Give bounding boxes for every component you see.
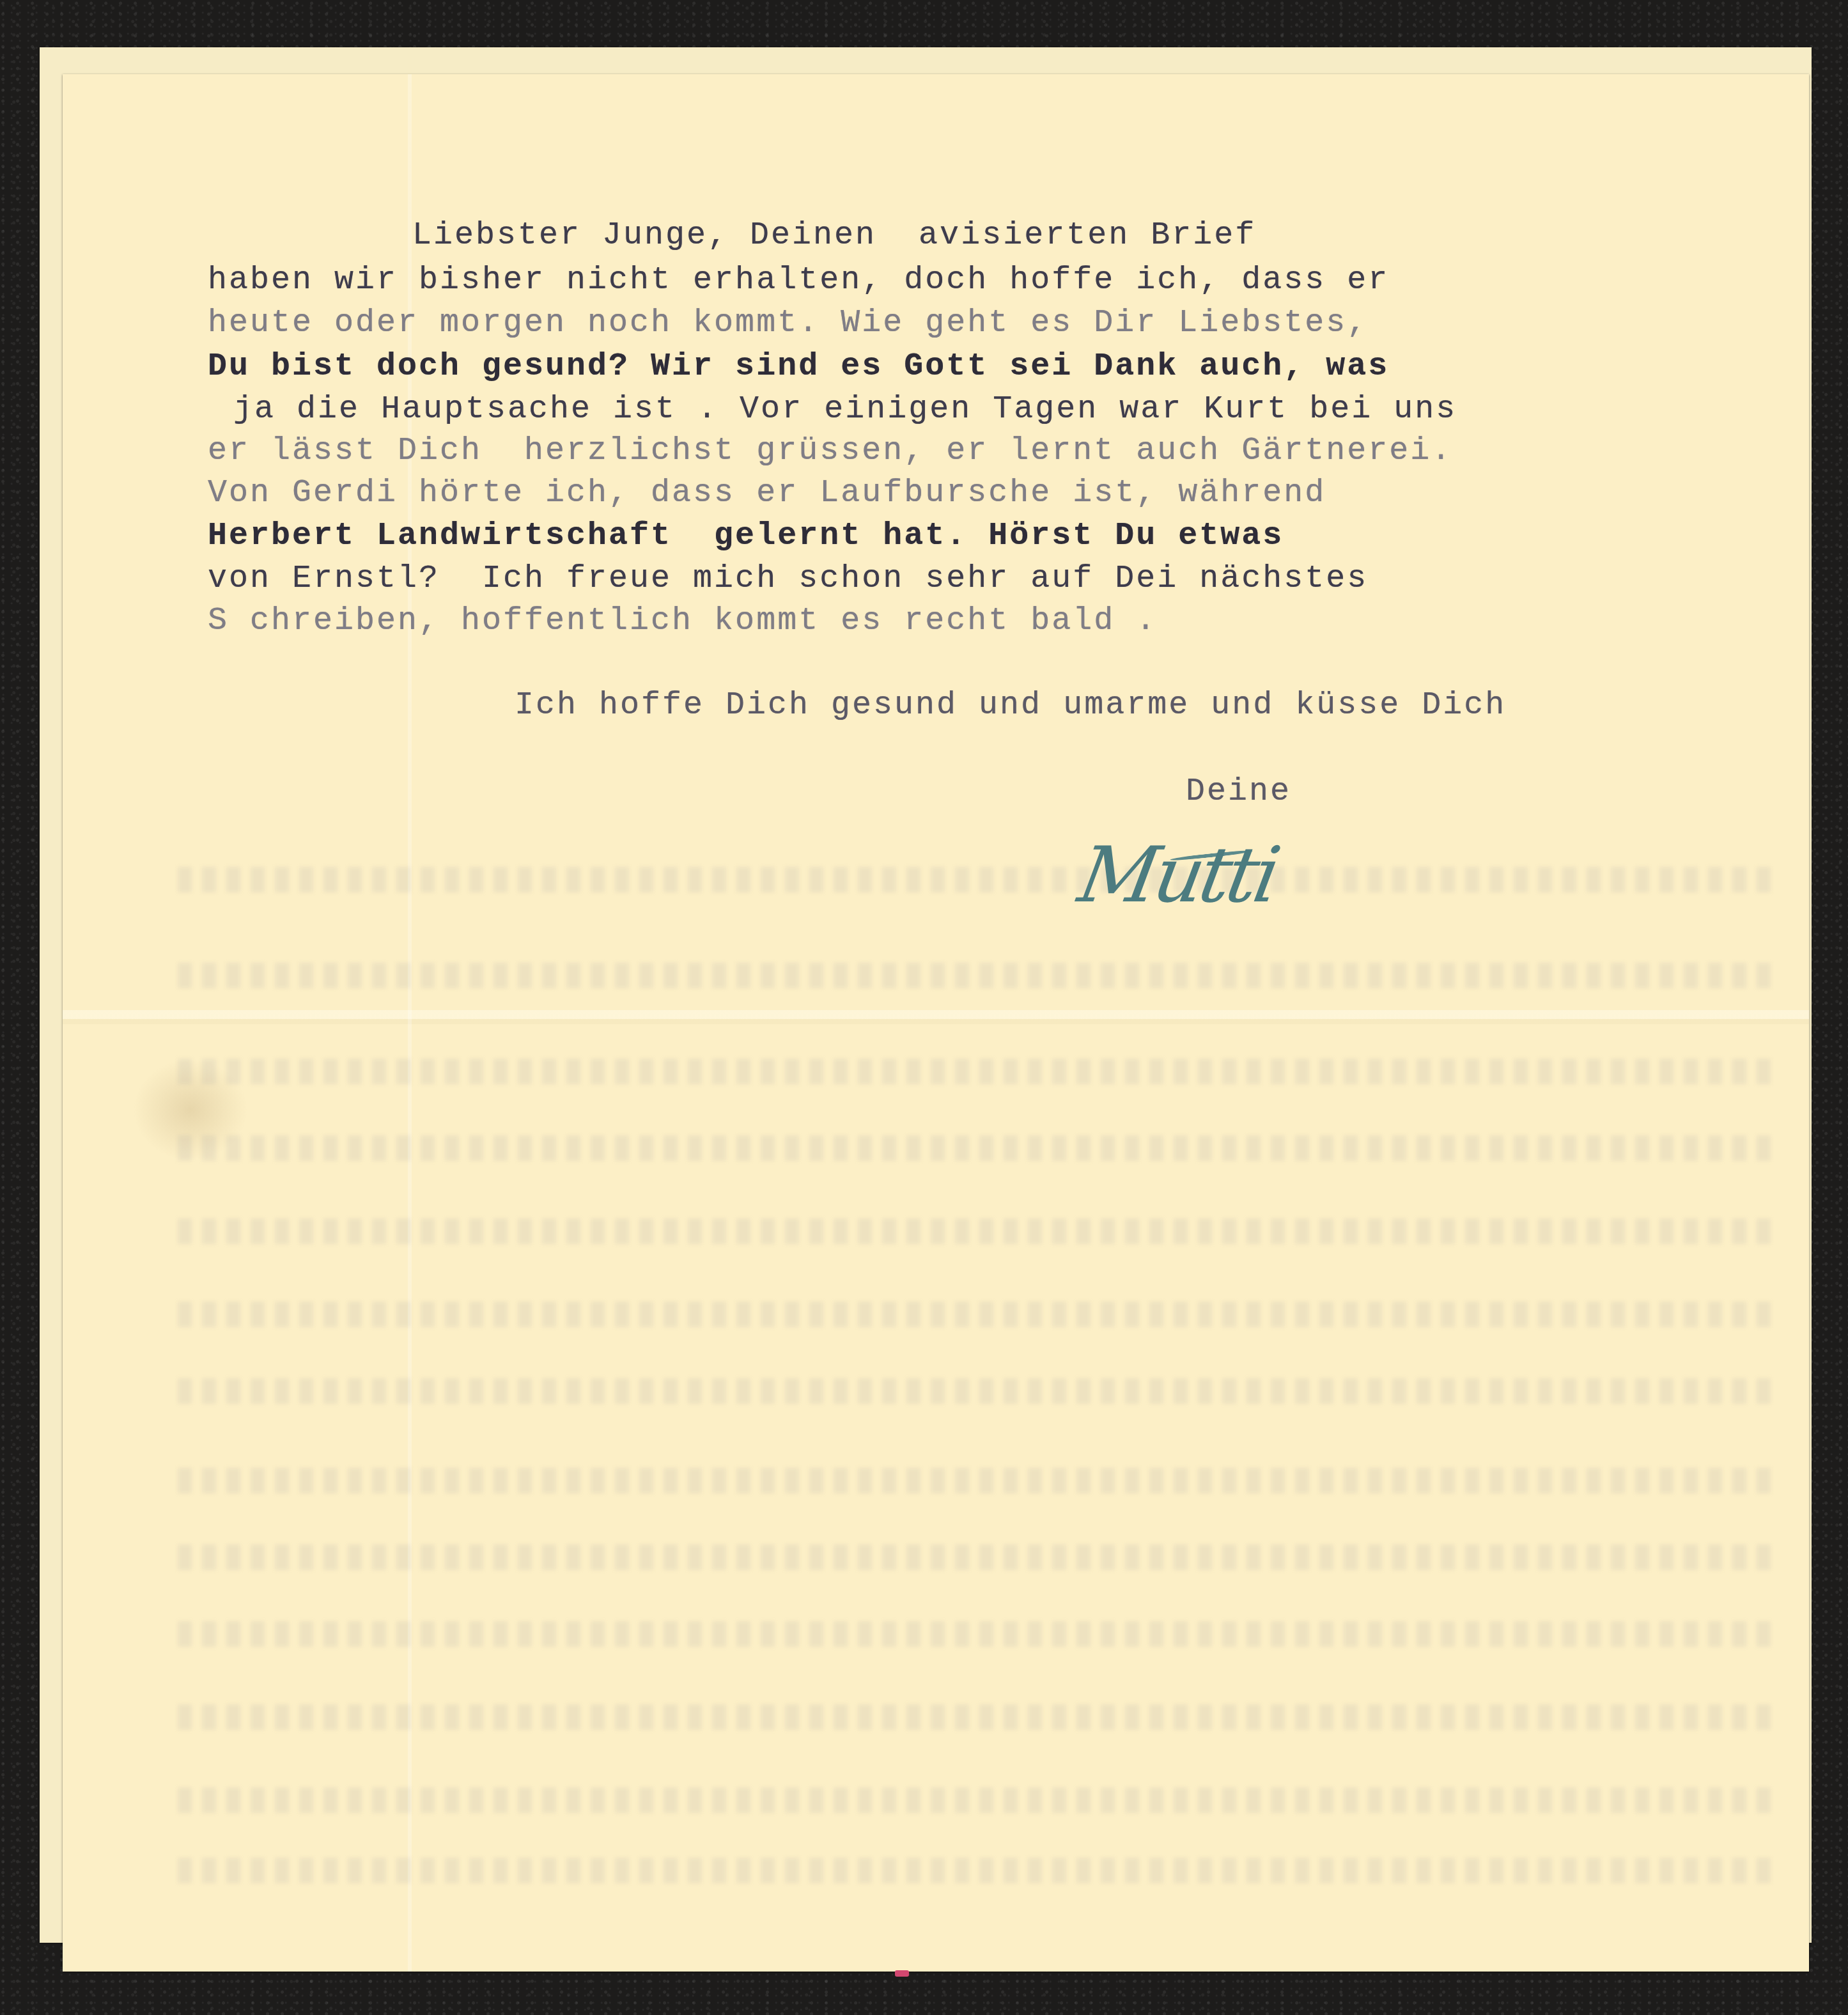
letter-body: Liebster Junge, Deinen avisierten Brief … [0,0,1848,2015]
body-line: heute oder morgen noch kommt. Wie geht e… [208,305,1368,341]
valediction: Deine [1186,774,1291,810]
body-line: von Ernstl? Ich freue mich schon sehr au… [208,561,1368,597]
closing-line: Ich hoffe Dich gesund und umarme und küs… [515,687,1506,724]
body-line: er lässt Dich herzlichst grüssen, er ler… [208,433,1452,469]
signature: Mutti [1073,831,1283,920]
body-line: S chreiben, hoffentlich kommt es recht b… [208,603,1157,639]
body-line: Du bist doch gesund? Wir sind es Gott se… [208,348,1389,385]
paper-mark [895,1970,909,1977]
body-line: Von Gerdi hörte ich, dass er Laufbursche… [208,475,1326,511]
body-line: Liebster Junge, Deinen avisierten Brief [412,217,1256,254]
body-line: ja die Hauptsache ist . Vor einigen Tage… [233,391,1457,428]
body-line: Herbert Landwirtschaft gelernt hat. Hörs… [208,518,1284,554]
body-line: haben wir bisher nicht erhalten, doch ho… [208,262,1389,299]
